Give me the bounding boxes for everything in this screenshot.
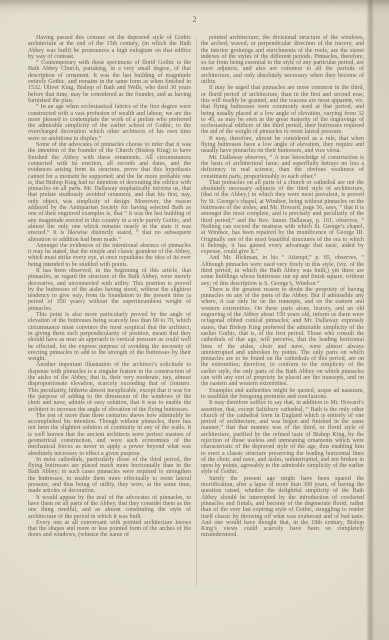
paragraph: It may be urged that pinnacles are more … [201,85,364,135]
page-edge-strip [374,0,389,640]
paragraph-quote: “ In an age when ecclesiastical fabrics … [28,104,191,142]
paragraph: Surely the present age might have been s… [201,476,364,539]
paragraph-quote: Mr. Dallaway observes, “ A true knowledg… [201,155,364,180]
paragraph: Some of the advocates of pinnacles choos… [28,142,191,243]
paragraph: That pinnacles on all parts of a church … [201,180,364,256]
scanned-page: 2 Having passed this censure on the depr… [0,0,389,640]
paragraph-quote: “ Contemporary with these specimens of f… [28,60,191,104]
paragraph: It may, therefore, almost be considered … [201,136,364,155]
right-column: pointed architecture; the divisional str… [201,35,364,539]
paragraph: Amongst the evidences of the intentional… [28,243,191,268]
paragraph: Having passed this censure on the deprav… [28,35,191,60]
page-edge-shadow [366,0,374,640]
scan-top-shadow [0,0,389,14]
paragraph: In most cathedrals, particularly those o… [28,457,191,495]
paragraph-quote: And Mr. Rickman, in his “ Attempt,” p. 8… [201,255,364,286]
paragraph: There is the greatest reason to doubt th… [201,287,364,388]
paragraph: Every one at all conversant with pointed… [28,520,191,539]
column-divider [196,37,197,587]
paragraph: It has been observed, in the beginning o… [28,268,191,312]
page-number: 2 [0,15,389,24]
left-column: Having passed this censure on the deprav… [28,35,191,539]
paragraph: Examples and authorities might be quoted… [201,388,364,401]
paragraph: This point is also more particularly pro… [28,312,191,362]
paragraph: It would appear by the zeal of the advoc… [28,495,191,520]
paragraph: The test of more than three centuries sh… [28,413,191,457]
paragraph: It may therefore suffice to say that, in… [201,400,364,476]
paragraph: Another important illustration of the ar… [28,362,191,412]
paragraph: pointed architecture; the divisional str… [201,35,364,85]
